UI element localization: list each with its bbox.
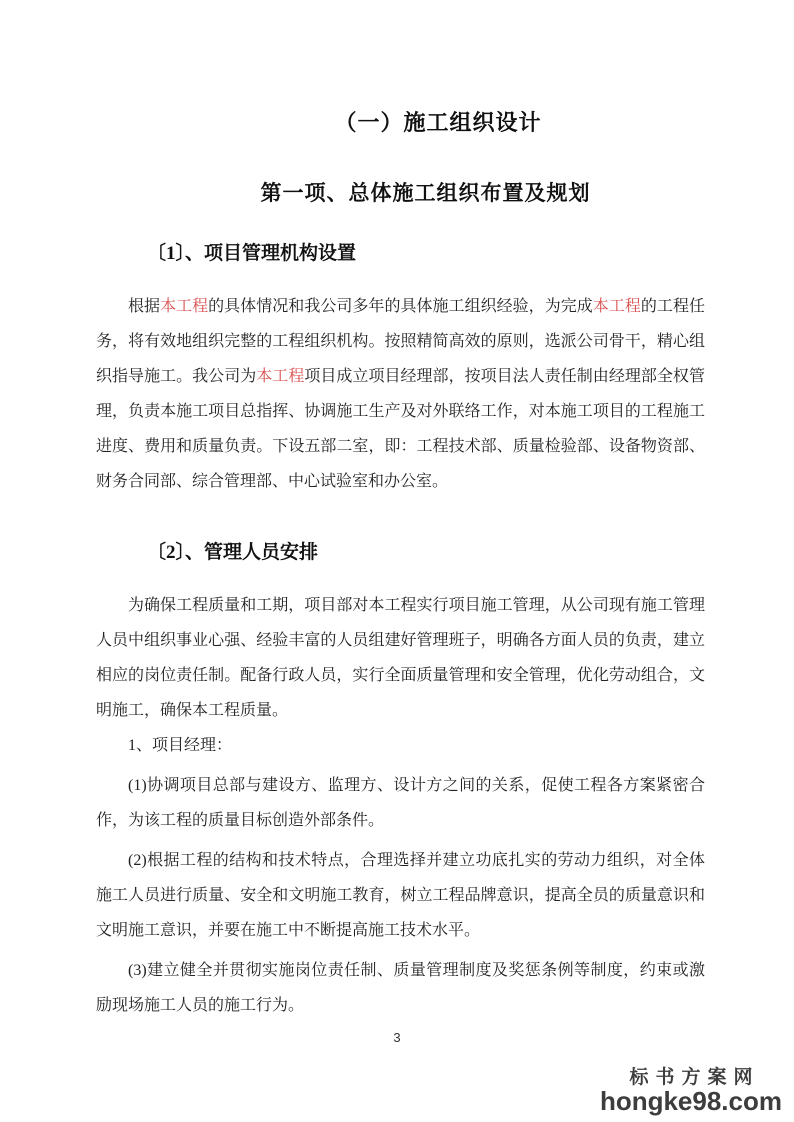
paragraph: 根据本工程的具体情况和我公司多年的具体施工组织经验，为完成本工程的工程任务，将有…	[96, 289, 705, 499]
project-placeholder-red-text: 本工程	[593, 298, 641, 315]
paragraph: 1、项目经理：	[96, 728, 705, 763]
watermark-site-url: hongke98.com	[600, 1088, 782, 1115]
paragraph-text: 的具体情况和我公司多年的具体施工组织经验，为完成	[208, 298, 593, 315]
document-subtitle: 第一项、总体施工组织布置及规划	[146, 177, 705, 209]
section-heading: 〔2〕、管理人员安排	[96, 540, 705, 566]
paragraph: (1)协调项目总部与建设方、监理方、设计方之间的关系，促使工程各方案紧密合作，为…	[96, 768, 705, 838]
paragraph-text: (2)根据工程的结构和技术特点，合理选择并建立功底扎实的劳动力组织，对全体施工人…	[96, 852, 705, 939]
page-number: 3	[0, 1030, 794, 1045]
watermark-site-name: 标书方案网	[600, 1068, 782, 1088]
paragraph: (3)建立健全并贯彻实施岗位责任制、质量管理制度及奖惩条例等制度，约束或激励现场…	[96, 953, 705, 1023]
paragraph-text: (1)协调项目总部与建设方、监理方、设计方之间的关系，促使工程各方案紧密合作，为…	[96, 777, 705, 829]
watermark: 标书方案网 hongke98.com	[600, 1068, 782, 1115]
project-placeholder-red-text: 本工程	[256, 368, 304, 385]
document-title: （一）施工组织设计	[0, 0, 794, 140]
paragraph: 为确保工程质量和工期，项目部对本工程实行项目施工管理，从公司现有施工管理人员中组…	[96, 588, 705, 728]
paragraph-text: 为确保工程质量和工期，项目部对本工程实行项目施工管理，从公司现有施工管理人员中组…	[96, 597, 705, 719]
document-page: （一）施工组织设计 第一项、总体施工组织布置及规划 〔1〕、项目管理机构设置根据…	[0, 0, 794, 1122]
paragraph: (2)根据工程的结构和技术特点，合理选择并建立功底扎实的劳动力组织，对全体施工人…	[96, 843, 705, 948]
paragraph-text: (3)建立健全并贯彻实施岗位责任制、质量管理制度及奖惩条例等制度，约束或激励现场…	[96, 962, 705, 1014]
paragraph-text: 根据	[128, 298, 160, 315]
paragraph-text: 项目成立项目经理部，按项目法人责任制由经理部全权管理，负责本施工项目总指挥、协调…	[96, 368, 705, 490]
project-placeholder-red-text: 本工程	[160, 298, 208, 315]
paragraph-text: 1、项目经理：	[128, 737, 232, 754]
section-heading: 〔1〕、项目管理机构设置	[96, 241, 705, 267]
document-body: 〔1〕、项目管理机构设置根据本工程的具体情况和我公司多年的具体施工组织经验，为完…	[96, 241, 705, 1023]
